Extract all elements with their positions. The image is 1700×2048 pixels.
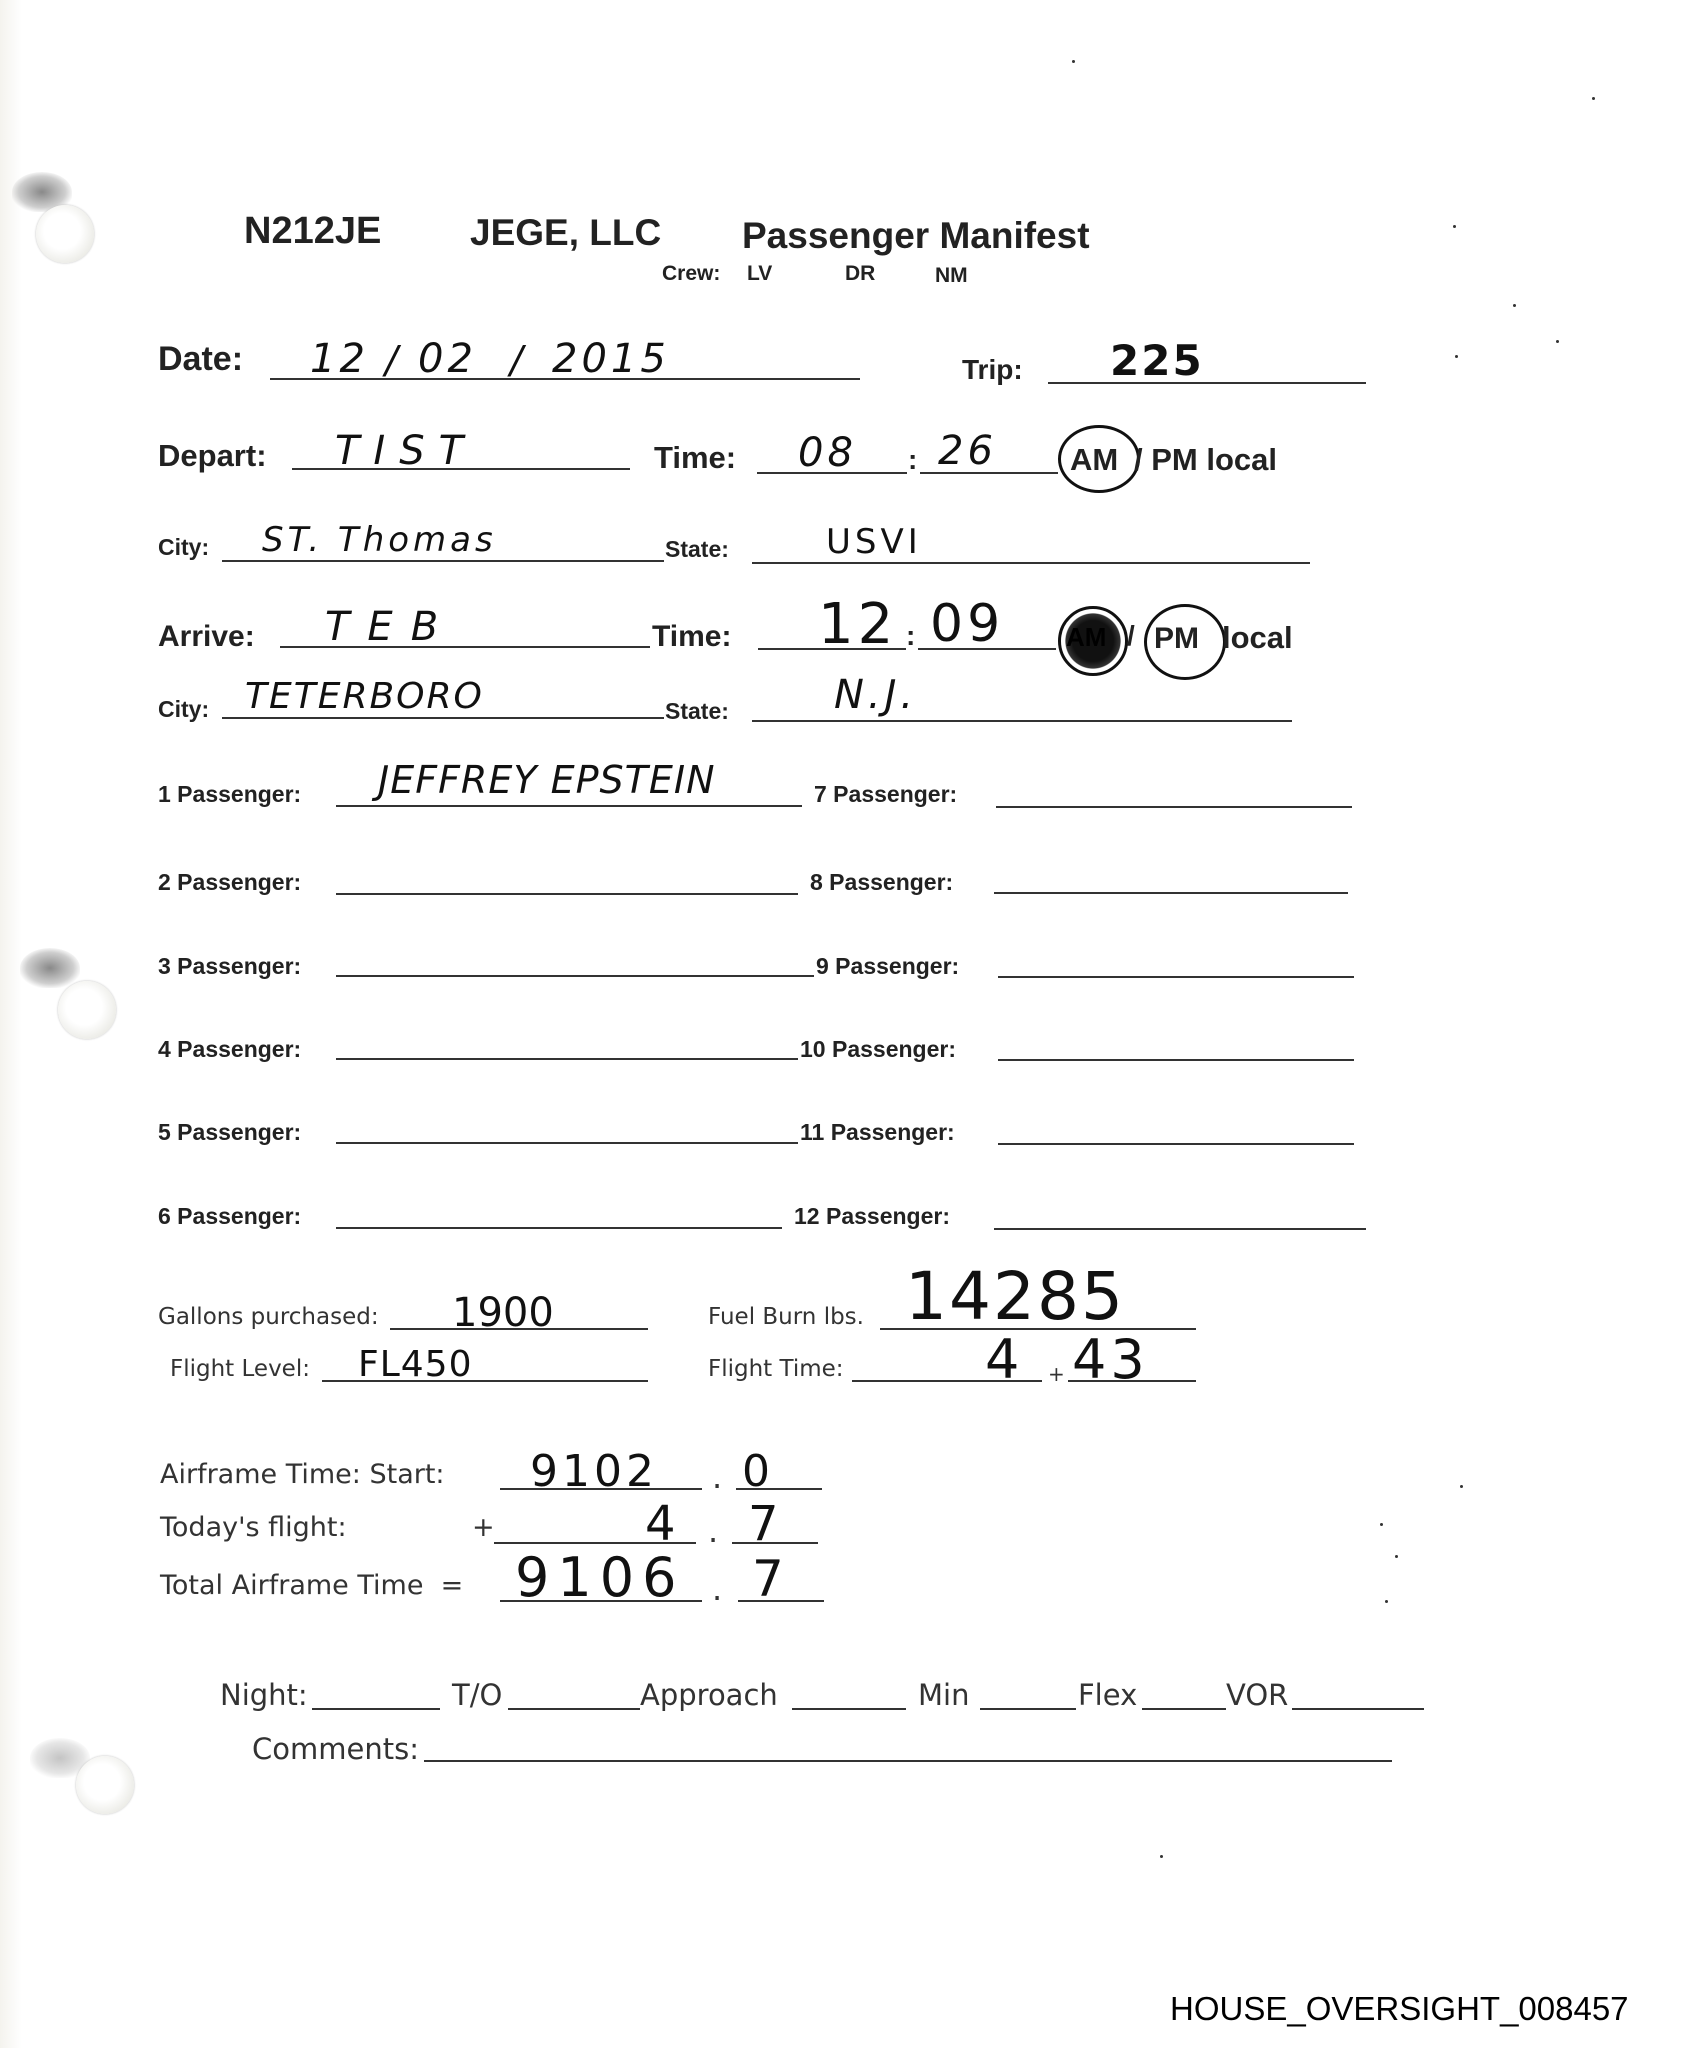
arrive-am-option[interactable]: AM: [1066, 622, 1106, 653]
binder-hole-bottom: [76, 1756, 134, 1814]
flex-field-line[interactable]: [1142, 1708, 1226, 1710]
arrive-label: Arrive:: [158, 620, 255, 654]
arrive-state-value: N.J.: [834, 672, 917, 718]
passenger-3-field-line[interactable]: [336, 975, 814, 977]
arrive-city-field-line[interactable]: [222, 717, 664, 719]
passenger-8-label: 8 Passenger:: [810, 869, 953, 896]
trip-label: Trip:: [962, 354, 1023, 386]
arrive-time-label: Time:: [652, 620, 731, 654]
airframe-start-tenth-value: 0: [742, 1446, 774, 1497]
trip-field-line[interactable]: [1048, 382, 1366, 384]
date-year-value: 2015: [552, 336, 670, 382]
scan-speck: [1592, 97, 1595, 100]
passenger-6-label: 6 Passenger:: [158, 1203, 301, 1230]
crew-label: Crew:: [662, 262, 720, 286]
flight-level-value: FL450: [358, 1344, 472, 1385]
min-label: Min: [918, 1678, 969, 1712]
flex-label: Flex: [1078, 1678, 1137, 1712]
arrive-minute-value: 09: [930, 594, 1004, 654]
date-label: Date:: [158, 340, 243, 379]
depart-state-value: USVI: [826, 522, 922, 562]
total-airframe-label: Total Airframe Time =: [160, 1570, 463, 1601]
total-airframe-dot: .: [712, 1570, 722, 1608]
todays-flight-tenth-value: 7: [748, 1496, 783, 1552]
passenger-1-label: 1 Passenger:: [158, 781, 301, 808]
passenger-12-field-line[interactable]: [994, 1228, 1366, 1230]
passenger-7-field-line[interactable]: [996, 806, 1352, 808]
scan-speck: [1460, 1485, 1463, 1488]
passenger-7-label: 7 Passenger:: [814, 781, 957, 808]
depart-state-label: State:: [665, 536, 729, 563]
scan-speck: [1072, 60, 1075, 63]
night-field-line[interactable]: [312, 1708, 440, 1710]
depart-minute-value: 26: [938, 428, 997, 474]
takeoff-field-line[interactable]: [508, 1708, 640, 1710]
arrive-city-label: City:: [158, 696, 209, 723]
gallons-purchased-label: Gallons purchased:: [158, 1304, 379, 1330]
scan-speck: [1380, 1523, 1383, 1526]
passenger-8-field-line[interactable]: [994, 892, 1348, 894]
total-airframe-tenth-value: 7: [752, 1550, 788, 1608]
passenger-1-field-line[interactable]: [336, 805, 802, 807]
passenger-3-label: 3 Passenger:: [158, 953, 301, 980]
trip-value: 225: [1110, 336, 1204, 385]
scan-edge-shadow: [0, 0, 22, 2048]
takeoff-label: T/O: [452, 1678, 502, 1712]
depart-pm-option[interactable]: / PM local: [1134, 442, 1277, 478]
crew-member: NM: [935, 264, 968, 288]
scan-speck: [1385, 1600, 1388, 1603]
date-separator: /: [510, 338, 527, 382]
approach-label: Approach: [640, 1678, 778, 1712]
depart-label: Depart:: [158, 438, 267, 474]
fuel-burn-value: 14285: [905, 1258, 1125, 1335]
date-separator: /: [385, 338, 402, 382]
passenger-5-label: 5 Passenger:: [158, 1119, 301, 1146]
flight-time-hours-value: 4: [985, 1328, 1023, 1391]
date-month-value: 12: [310, 336, 369, 382]
depart-time-label: Time:: [654, 440, 736, 476]
passenger-2-label: 2 Passenger:: [158, 869, 301, 896]
passenger-10-field-line[interactable]: [998, 1059, 1354, 1061]
depart-state-field-line[interactable]: [752, 562, 1310, 564]
depart-city-value: ST. Thomas: [262, 520, 497, 560]
arrive-pm-option[interactable]: PM: [1154, 622, 1199, 656]
airframe-start-label: Airframe Time: Start:: [160, 1459, 445, 1490]
arrive-value: TEB: [325, 604, 456, 650]
depart-time-colon: :: [908, 444, 917, 476]
crew-member: LV: [747, 262, 772, 286]
page-title: Passenger Manifest: [742, 215, 1090, 257]
passenger-10-label: 10 Passenger:: [800, 1036, 956, 1063]
arrive-hour-value: 12: [818, 592, 897, 657]
depart-value: TIST: [335, 428, 477, 474]
passenger-4-label: 4 Passenger:: [158, 1036, 301, 1063]
depart-city-label: City:: [158, 534, 209, 561]
comments-field-line[interactable]: [424, 1760, 1392, 1762]
company-name: JEGE, LLC: [470, 212, 661, 254]
depart-am-option[interactable]: AM: [1070, 442, 1118, 478]
passenger-9-field-line[interactable]: [998, 976, 1354, 978]
scan-speck: [1455, 355, 1458, 358]
depart-hour-value: 08: [798, 430, 857, 476]
arrive-state-field-line[interactable]: [752, 720, 1292, 722]
flight-level-label: Flight Level:: [170, 1356, 310, 1382]
passenger-4-field-line[interactable]: [336, 1058, 798, 1060]
passenger-11-label: 11 Passenger:: [800, 1119, 955, 1146]
scan-speck: [1513, 304, 1516, 307]
passenger-6-field-line[interactable]: [336, 1227, 782, 1229]
gallons-purchased-value: 1900: [452, 1290, 554, 1336]
total-airframe-whole-value: 9106: [515, 1546, 684, 1609]
bates-number: HOUSE_OVERSIGHT_008457: [1170, 1990, 1629, 2028]
flight-time-label: Flight Time:: [708, 1356, 844, 1382]
scan-speck: [1395, 1555, 1398, 1558]
passenger-5-field-line[interactable]: [336, 1142, 798, 1144]
min-field-line[interactable]: [980, 1708, 1076, 1710]
todays-flight-whole-value: 4: [645, 1496, 680, 1552]
todays-flight-plus: +: [472, 1512, 495, 1543]
passenger-12-label: 12 Passenger:: [794, 1203, 950, 1230]
tail-number: N212JE: [244, 210, 381, 253]
arrive-slash: /: [1127, 620, 1135, 652]
night-label: Night:: [220, 1678, 308, 1712]
scan-speck: [1160, 1855, 1163, 1858]
scan-speck: [1556, 340, 1559, 343]
binder-hole-top: [36, 205, 94, 263]
crew-member: DR: [845, 262, 875, 286]
scan-smudge: [20, 948, 80, 988]
vor-label: VOR: [1226, 1678, 1288, 1712]
fuel-burn-label: Fuel Burn lbs.: [708, 1304, 864, 1330]
depart-city-field-line[interactable]: [222, 560, 664, 562]
scan-speck: [1453, 225, 1456, 228]
passenger-9-label: 9 Passenger:: [816, 953, 959, 980]
airframe-start-whole-value: 9102: [530, 1446, 658, 1497]
todays-flight-dot: .: [708, 1512, 718, 1550]
arrive-local-label: local: [1222, 620, 1293, 656]
approach-field-line[interactable]: [792, 1708, 906, 1710]
binder-hole-middle: [58, 981, 116, 1039]
airframe-start-dot: .: [712, 1458, 722, 1496]
passenger-1-value: JEFFREY EPSTEIN: [378, 758, 716, 802]
arrive-city-value: TETERBORO: [245, 676, 484, 717]
date-day-value: 02: [418, 336, 477, 382]
todays-flight-label: Today's flight:: [160, 1512, 347, 1543]
vor-field-line[interactable]: [1292, 1708, 1424, 1710]
flight-time-minutes-value: 43: [1072, 1328, 1149, 1391]
flight-time-separator: +: [1048, 1362, 1065, 1386]
comments-label: Comments:: [252, 1732, 419, 1766]
arrive-time-colon: :: [906, 620, 915, 652]
passenger-2-field-line[interactable]: [336, 893, 798, 895]
arrive-state-label: State:: [665, 698, 729, 725]
passenger-11-field-line[interactable]: [998, 1143, 1354, 1145]
